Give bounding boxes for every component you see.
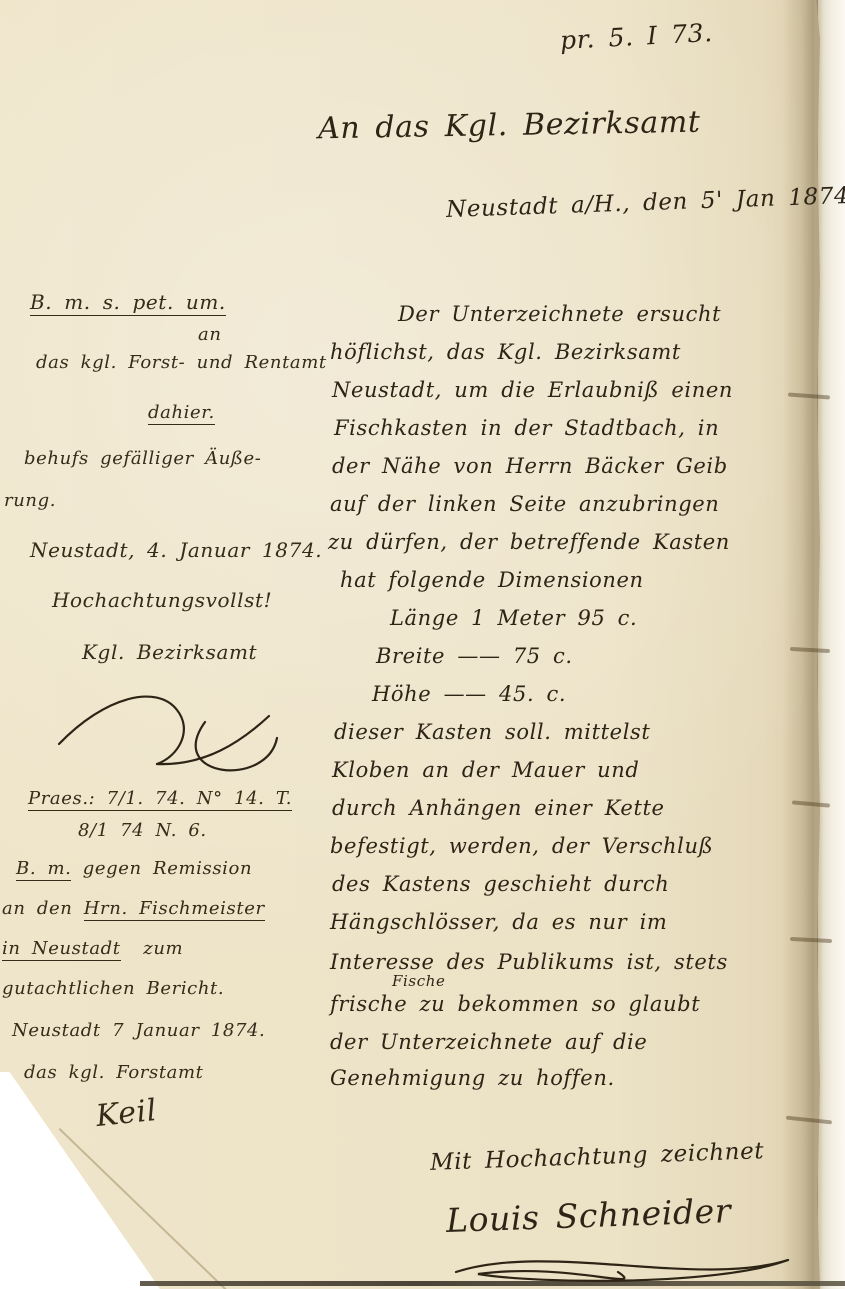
- margin-remission-line6: das kgl. Forstamt: [24, 1062, 204, 1083]
- margin-remission-line4: gutachtlichen Bericht.: [2, 978, 224, 999]
- body-line-8: hat folgende Dimensionen: [340, 568, 644, 592]
- margin-dahier: dahier.: [148, 402, 215, 423]
- official-signature-flourish-icon: [55, 682, 305, 778]
- body-line-1: Der Unterzeichnete ersucht: [398, 302, 721, 326]
- body-line-10: Breite —— 75 c.: [376, 644, 573, 668]
- body-line-4: Fischkasten in der Stadtbach, in: [334, 416, 719, 440]
- body-line-18: Interesse des Publikums ist, stets: [330, 950, 728, 974]
- margin-remission-line5: Neustadt 7 Januar 1874.: [12, 1020, 265, 1041]
- body-line-19: frische zu bekommen so glaubt: [330, 992, 700, 1016]
- body-line-7: zu dürfen, der betreffende Kasten: [328, 530, 730, 554]
- addressee-heading: An das Kgl. Bezirksamt: [318, 105, 701, 147]
- body-line-15: befestigt, werden, der Verschluß: [330, 834, 713, 858]
- body-line-14: durch Anhängen einer Kette: [332, 796, 665, 820]
- margin-reference: B. m. s. pet. um.: [30, 290, 226, 314]
- body-line-3: Neustadt, um die Erlaubniß einen: [332, 378, 733, 402]
- margin-remission-an-den: an den: [2, 898, 72, 919]
- margin-remission-line3: in Neustadt zum: [2, 938, 183, 959]
- margin-behufs-line2: rung.: [4, 490, 56, 511]
- margin-remission-place: in Neustadt: [2, 938, 121, 961]
- body-line-2: höflichst, das Kgl. Bezirksamt: [330, 340, 681, 364]
- margin-praes-line1: Praes.: 7/1. 74. N° 14. T.: [28, 788, 292, 809]
- body-line-17: Hängschlösser, da es nur im: [330, 910, 667, 934]
- margin-praes-line2: 8/1 74 N. 6.: [78, 820, 207, 841]
- margin-remission-zum: zum: [143, 938, 183, 959]
- margin-office-line: das kgl. Forst- und Rentamt: [36, 352, 327, 373]
- margin-dahier-text: dahier.: [148, 402, 215, 425]
- body-line-20: der Unterzeichnete auf die: [330, 1030, 647, 1054]
- margin-praes-text: Praes.: 7/1. 74. N° 14. T.: [28, 788, 292, 811]
- signature-flourish-icon: [448, 1248, 798, 1288]
- body-line-9: Länge 1 Meter 95 c.: [390, 606, 637, 630]
- forester-signature: Keil: [94, 1093, 158, 1134]
- margin-remission-line2: an den Hrn. Fischmeister: [2, 898, 265, 919]
- margin-office2: Kgl. Bezirksamt: [82, 640, 257, 664]
- body-line-16: des Kastens geschieht durch: [332, 872, 669, 896]
- margin-reference-text: B. m. s. pet. um.: [30, 290, 226, 316]
- margin-behufs-line1: behufs gefälliger Äuße-: [24, 448, 261, 469]
- body-line-11: Höhe —— 45. c.: [372, 682, 566, 706]
- inserted-word: Fische: [392, 972, 445, 990]
- body-line-13: Kloben an der Mauer und: [332, 758, 639, 782]
- body-line-5: der Nähe von Herrn Bäcker Geib: [332, 454, 728, 478]
- margin-remission-rest1: gegen Remission: [83, 858, 252, 879]
- margin-an: an: [198, 324, 222, 345]
- scanned-letter-page: pr. 5. I 73. An das Kgl. Bezirksamt Neus…: [0, 0, 845, 1289]
- body-line-6: auf der linken Seite anzubringen: [330, 492, 719, 516]
- margin-remission-recipient: Hrn. Fischmeister: [84, 898, 265, 921]
- margin-remission-line1: B. m. gegen Remission: [16, 858, 252, 879]
- margin-remission-bm: B. m.: [16, 858, 71, 881]
- body-line-21: Genehmigung zu hoffen.: [330, 1066, 615, 1090]
- body-line-12: dieser Kasten soll. mittelst: [334, 720, 650, 744]
- margin-respect: Hochachtungsvollst!: [52, 588, 272, 612]
- margin-date: Neustadt, 4. Januar 1874.: [30, 538, 322, 562]
